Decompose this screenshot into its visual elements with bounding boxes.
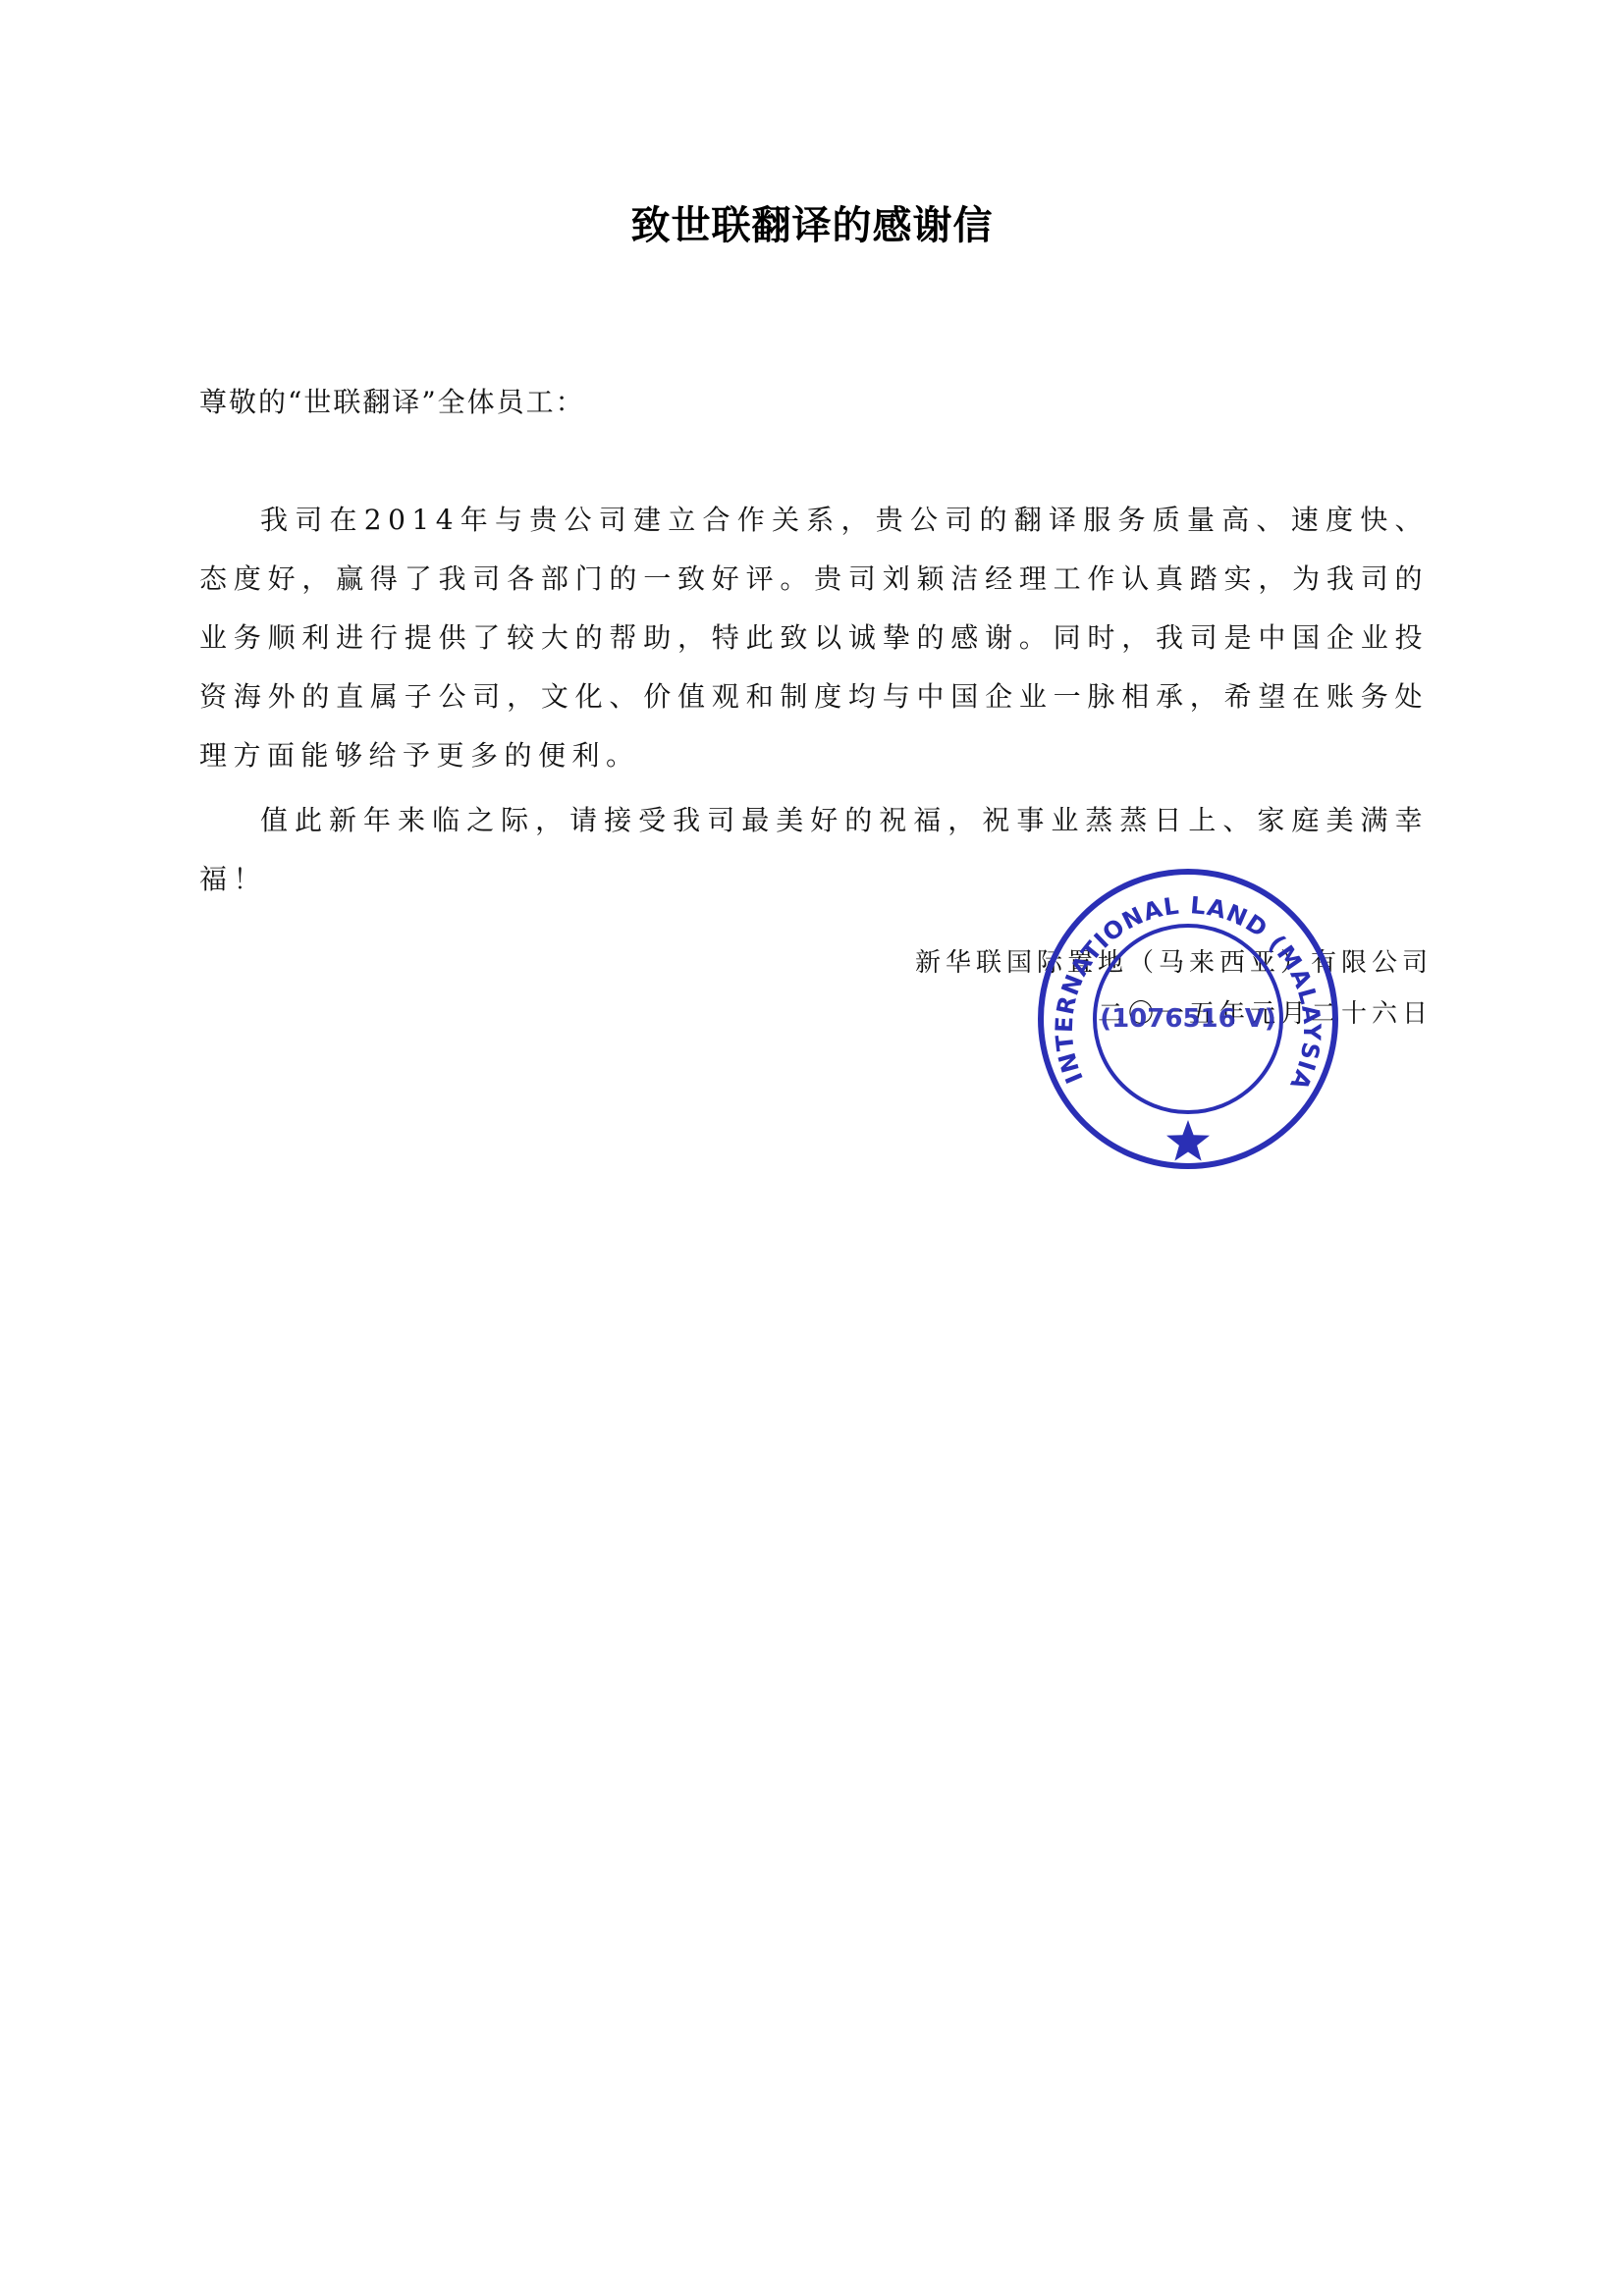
signature-date: 二〇一五年元月二十六日 bbox=[915, 988, 1433, 1040]
page-title: 致世联翻译的感谢信 bbox=[0, 196, 1624, 255]
star-icon bbox=[1166, 1120, 1210, 1161]
body-paragraph-2: 值此新年来临之际，请接受我司最美好的祝福，祝事业蒸蒸日上、家庭美满幸福！ bbox=[199, 791, 1429, 909]
signature-company: 新华联国际置地（马来西亚）有限公司 bbox=[915, 937, 1433, 988]
body-paragraph-1: 我司在2014年与贵公司建立合作关系，贵公司的翻译服务质量高、速度快、态度好，赢… bbox=[199, 491, 1429, 785]
signature-block: 新华联国际置地（马来西亚）有限公司 二〇一五年元月二十六日 bbox=[915, 937, 1433, 1040]
salutation: 尊敬的“世联翻译”全体员工： bbox=[199, 383, 585, 422]
letter-page: 致世联翻译的感谢信 尊敬的“世联翻译”全体员工： 我司在2014年与贵公司建立合… bbox=[0, 0, 1624, 2296]
